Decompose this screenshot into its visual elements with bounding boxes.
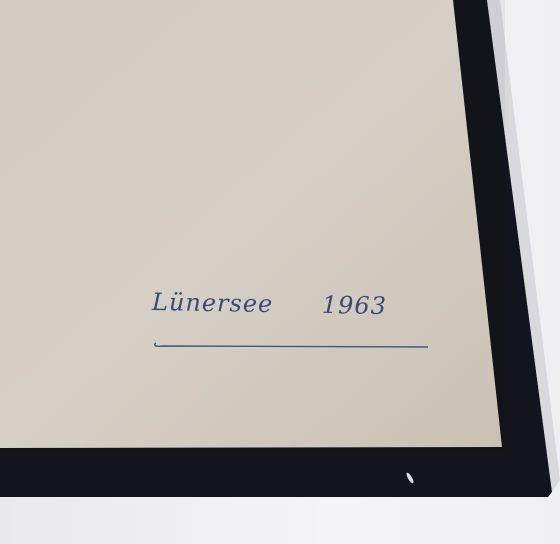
handwritten-inscription: Lünersee 1963 [152,288,387,320]
photograph: Lünersee 1963 [0,0,560,544]
handwritten-underline [152,340,430,348]
inscription-place: Lünersee [152,288,274,318]
framed-paper [0,0,560,544]
inscription-year: 1963 [322,291,388,320]
